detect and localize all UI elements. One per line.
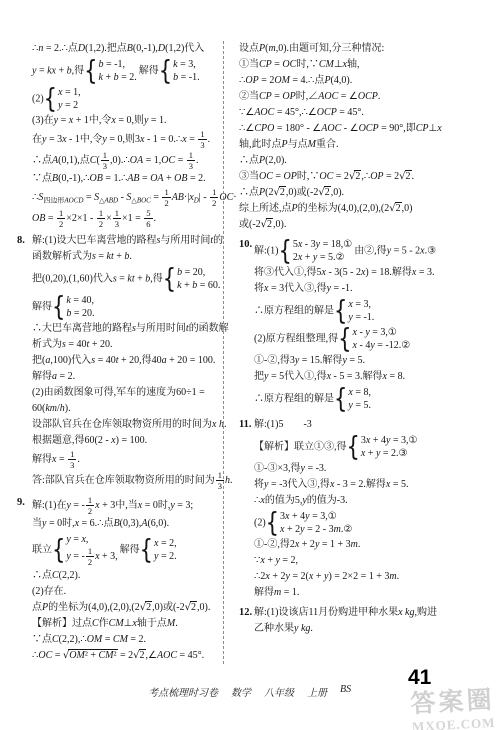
solution-line: ∴2x + 2y = 2(x + y) = 2×2 = 1 + 3m. <box>254 569 491 585</box>
solution-line: 析式为s = 40t + 20. <box>32 337 220 353</box>
square-root: √2 <box>273 187 285 198</box>
equation-system: {x - y = 3,①x - 4y = -12.② <box>338 326 410 352</box>
fraction: 12 <box>57 208 65 229</box>
problem-item: 12.解:(1)设该店11月份购进甲种水果x kg,购进乙种水果y kg. <box>239 605 491 637</box>
square-root: √2 <box>133 650 145 661</box>
left-brace: { <box>44 86 57 112</box>
solution-line: ①-②,得3y = 15.解得y = 5. <box>254 353 491 369</box>
equation-system: {3x + 4y = 3,①x + y = 2.③ <box>347 434 418 460</box>
problem-item: 9.解:(1)在y = -12x + 3中,当x = 0时,y = 3;当y =… <box>17 495 220 664</box>
right-column: 设点P(m,0).由题可知,分三种情况:①当CP = OC时,∵CM⊥x轴,∴O… <box>239 41 491 664</box>
footer-subject: 数学 <box>231 684 251 699</box>
solution-line: 解:(1)5 -3 <box>254 417 491 433</box>
solution-line: 将y = -3代入③,得x - 3 = 2.解得x = 5. <box>254 477 491 493</box>
equation-system: {k = 3,b = -1. <box>159 58 200 84</box>
square-root: √2 <box>349 171 361 182</box>
solution-line: 【解析】联立①③,得{3x + 4y = 3,①x + y = 2.③ <box>254 433 491 461</box>
left-brace: { <box>266 510 279 536</box>
square-root: √2 <box>261 219 273 230</box>
solution-line: ∴大巴车离营地的路程s与所用时间t的函数解 <box>32 321 220 337</box>
solution-line: ∴x的值为5,y的值为-3. <box>254 493 491 509</box>
equation-system: {y = x,y = -12x + 3, <box>52 533 118 567</box>
solution-line: 乙种水果y kg. <box>254 621 491 637</box>
equation-system: {x = 1,y = 2 <box>44 86 81 112</box>
solution-line: 解:(1){5x - 3y = 18,①2x + y = 5.②由②,得y = … <box>254 237 491 265</box>
problem-item: 11.解:(1)5 -3【解析】联立①③,得{3x + 4y = 3,①x + … <box>239 417 491 601</box>
problem-item: 10.解:(1){5x - 3y = 18,①2x + y = 5.②由②,得y… <box>239 237 491 413</box>
solution-line: ③当OC = OP时,∵OC = 2√2,∴OP = 2√2. <box>239 169 491 185</box>
left-brace: { <box>334 298 347 324</box>
solution-line: 60(km/h). <box>32 401 220 417</box>
left-brace: { <box>52 294 65 320</box>
fraction: 13 <box>198 129 206 150</box>
fraction: 12 <box>210 187 218 208</box>
equation-system: {x = 8,y = 5. <box>334 386 371 412</box>
footer-series: 考点梳理时习卷 <box>148 684 218 699</box>
fraction: 12 <box>86 546 94 567</box>
solution-line: ∴原方程组的解是{x = 3,y = -1. <box>254 297 491 325</box>
equation-system: {3x + 4y = 3,①x + 2y = 2 - 3m.② <box>266 510 353 536</box>
page-number: 41 <box>408 666 431 690</box>
item-number: 12. <box>239 605 254 621</box>
solution-line: y = kx + b,得{b = -1,k + b = 2.解得{k = 3,b… <box>32 57 220 85</box>
solution-line: ∴OC = √OM² + CM² = 2√2,∠AOC = 45°. <box>32 648 220 664</box>
solution-line: ∴点P(2,0). <box>239 153 491 169</box>
solution-line: 解得{k = 40,b = 20. <box>32 293 220 321</box>
footer-edition: BS <box>340 684 351 699</box>
left-brace: { <box>163 266 176 292</box>
solution-line: ∵点C(2,2),∴OM = CM = 2. <box>32 632 220 648</box>
solution-line: ∵∠AOC = 45°,∴∠OCP = 45°. <box>239 105 491 121</box>
square-root: √2 <box>399 171 411 182</box>
left-brace: { <box>140 537 153 563</box>
equation-system: {5x - 3y = 18,①2x + y = 5.② <box>278 238 352 264</box>
square-root: √2 <box>140 602 152 613</box>
page-content: ∴n = 2.∴点D(1,2).把点B(0,-1),D(1,2)代入y = kx… <box>0 41 491 664</box>
solution-line: ①当CP = OC时,∵CM⊥x轴, <box>239 57 491 73</box>
subscript: △ABD <box>99 196 118 204</box>
solution-line: 解得m = 1. <box>254 585 491 601</box>
equation-system: {x = 2,y = 2. <box>140 537 177 563</box>
item-number: 9. <box>17 495 32 511</box>
equation-system: {b = -1,k + b = 2. <box>84 58 137 84</box>
solution-line: (2){3x + 4y = 3,①x + 2y = 2 - 3m.② <box>254 509 491 537</box>
solution-line: 将③代入①,得5x - 3(5 - 2x) = 18.解得x = 3. <box>254 265 491 281</box>
fraction: 13 <box>101 150 109 171</box>
solution-line: ∵x + y = 2, <box>254 553 491 569</box>
left-brace: { <box>334 386 347 412</box>
solution-line: 解:(1)设大巴车离营地的路程s与所用时间t的 <box>32 233 220 249</box>
square-root: √2 <box>185 602 197 613</box>
fraction: 13 <box>187 150 195 171</box>
solution-line: ∴∠CPO = 180° - ∠AOC - ∠OCP = 90°,即CP⊥x <box>239 121 491 137</box>
fraction: 12 <box>97 208 105 229</box>
item-number: 10. <box>239 237 254 253</box>
solution-line: 解:(1)在y = -12x + 3中,当x = 0时,y = 3; <box>32 495 220 516</box>
equation-system: {k = 40,b = 20. <box>52 294 95 320</box>
equation-system: {x = 3,y = -1. <box>334 298 374 324</box>
solution-continuation: 设点P(m,0).由题可知,分三种情况:①当CP = OC时,∵CM⊥x轴,∴O… <box>239 41 491 233</box>
footer-volume: 上册 <box>307 684 327 699</box>
solution-line: ∴S四边形AOCD = S△ABD - S△BOC = 12AB·|xD| - … <box>32 187 220 208</box>
fraction: 12 <box>162 187 170 208</box>
square-root: √2 <box>389 203 401 214</box>
solution-line: 把(a,100)代入s = 40t + 20,得40a + 20 = 100. <box>32 353 220 369</box>
equation-system: {b = 20,k + b = 60. <box>163 266 221 292</box>
solution-line: 点P的坐标为(4,0),(2,0),(2√2,0)或(-2√2,0). <box>32 600 220 616</box>
fraction: 13 <box>68 449 76 470</box>
solution-line: 设点P(m,0).由题可知,分三种情况: <box>239 41 491 57</box>
solution-line: (2)存在. <box>32 584 220 600</box>
solution-line: ∴点P(2√2,0)或(-2√2,0). <box>239 185 491 201</box>
left-brace: { <box>159 58 172 84</box>
solution-line: ∴点A(0,1),点C(13,0).∴OA = 1,OC = 13. <box>32 150 220 171</box>
solution-line: 将x = 3代入③,得y = -1. <box>254 281 491 297</box>
page-footer: 考点梳理时习卷 数学 八年级 上册 BS <box>148 684 351 699</box>
footer-grade: 八年级 <box>264 684 294 699</box>
watermark: 答案圈 MXQE.COM <box>387 687 500 730</box>
subscript: △BOC <box>131 196 150 204</box>
solution-line: ①-③×3,得y = -3. <box>254 461 491 477</box>
fraction: 13 <box>113 208 121 229</box>
column-divider <box>223 41 224 664</box>
solution-line: 答:部队官兵在仓库领取物资所用的时间为13h. <box>32 470 220 491</box>
solution-line: (2){x = 1,y = 2 <box>32 85 220 113</box>
solution-line: 解得a = 2. <box>32 369 220 385</box>
left-brace: { <box>84 58 97 84</box>
solution-line: 或(-2√2,0). <box>239 217 491 233</box>
solution-line: 在y = 3x - 1中,令y = 0,则3x - 1 = 0.∴x = 13. <box>32 129 220 150</box>
fraction: 12 <box>86 495 94 516</box>
watermark-logo: 答案圈 <box>387 687 500 719</box>
left-column: ∴n = 2.∴点D(1,2).把点B(0,-1),D(1,2)代入y = kx… <box>17 41 220 664</box>
answer-page: ∴n = 2.∴点D(1,2).把点B(0,-1),D(1,2)代入y = kx… <box>0 0 500 730</box>
solution-line: ∴OP = 2OM = 4.∴点P(4,0). <box>239 73 491 89</box>
solution-line: 解:(1)设该店11月份购进甲种水果x kg,购进 <box>254 605 491 621</box>
solution-line: ∵点B(0,-1),∴OB = 1.∴AB = OA + OB = 2. <box>32 171 220 187</box>
problem-item: 8.解:(1)设大巴车离营地的路程s与所用时间t的函数解析式为s = kt + … <box>17 233 220 491</box>
left-brace: { <box>338 326 351 352</box>
solution-continuation: ∴n = 2.∴点D(1,2).把点B(0,-1),D(1,2)代入y = kx… <box>17 41 220 229</box>
square-root: √2 <box>318 187 330 198</box>
solution-line: 当y = 0时,x = 6.∴点B(0,3),A(6,0). <box>32 516 220 532</box>
solution-line: 轴,此时点P与点M重合. <box>239 137 491 153</box>
subscript: 四边形AOCD <box>43 196 83 204</box>
solution-line: (2)原方程组整理,得{x - y = 3,①x - 4y = -12.② <box>254 325 491 353</box>
solution-line: 联立{y = x,y = -12x + 3,解得{x = 2,y = 2. <box>32 532 220 568</box>
solution-line: ∴点C(2,2). <box>32 568 220 584</box>
solution-line: ∴n = 2.∴点D(1,2).把点B(0,-1),D(1,2)代入 <box>32 41 220 57</box>
solution-line: (2)由函数图象可得,军车的速度为60÷1 = <box>32 385 220 401</box>
solution-line: 把(0,20),(1,60)代入s = kt + b,得{b = 20,k + … <box>32 265 220 293</box>
left-brace: { <box>278 238 291 264</box>
solution-line: 【解析】过点C作CM⊥x轴于点M. <box>32 616 220 632</box>
solution-line: 解得x = 13. <box>32 449 220 470</box>
square-root: √OM² + CM² <box>63 650 118 661</box>
solution-line: 函数解析式为s = kt + b. <box>32 249 220 265</box>
solution-line: OB = 12×2×1 - 12×13×1 = 56. <box>32 208 220 229</box>
fraction: 56 <box>144 208 152 229</box>
item-number: 11. <box>239 417 254 433</box>
solution-line: ∴原方程组的解是{x = 8,y = 5. <box>254 385 491 413</box>
solution-line: 综上所述,点P的坐标为(4,0),(2,0),(2√2,0) <box>239 201 491 217</box>
solution-line: 设部队官兵在仓库领取物资所用的时间为x h. <box>32 417 220 433</box>
item-number: 8. <box>17 233 32 249</box>
solution-line: 把y = 5代入①,得x - 5 = 3.解得x = 8. <box>254 369 491 385</box>
solution-line: ②当CP = OP时,∠AOC = ∠OCP. <box>239 89 491 105</box>
left-brace: { <box>347 434 360 460</box>
left-brace: { <box>52 537 65 563</box>
solution-line: (3)在y = x + 1中,令x = 0,则y = 1. <box>32 113 220 129</box>
solution-line: ①-②,得2x + 2y = 1 + 3m. <box>254 537 491 553</box>
solution-line: 根据题意,得60(2 - x) = 100. <box>32 433 220 449</box>
